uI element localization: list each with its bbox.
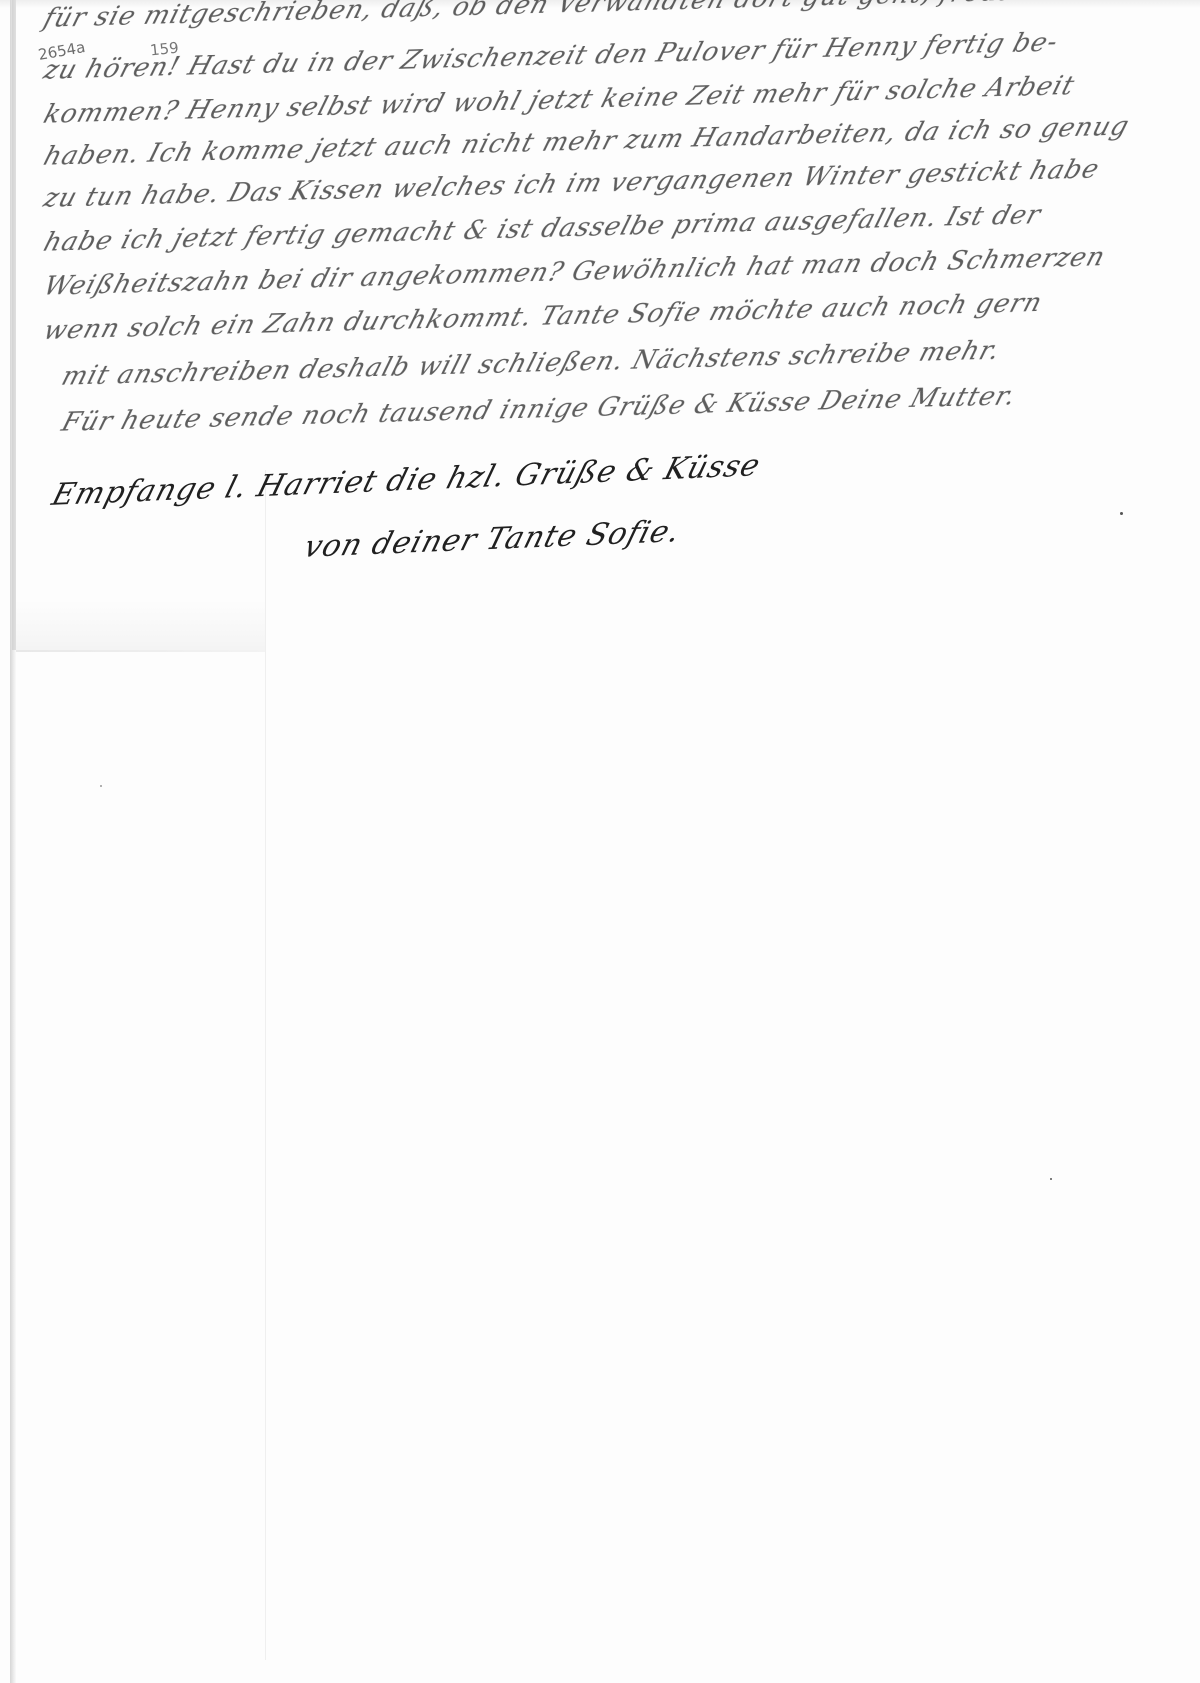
ink-speck bbox=[1050, 1178, 1052, 1180]
fold-shade bbox=[16, 600, 266, 650]
ink-speck bbox=[100, 785, 102, 787]
closing-line: Empfange l. Harriet die hzl. Grüße & Küs… bbox=[48, 448, 765, 513]
body-line: mit anschreiben deshalb will schließen. … bbox=[58, 336, 1004, 392]
closing-line: von deiner Tante Sofie. bbox=[300, 514, 685, 565]
fold-line-vertical bbox=[265, 470, 266, 1660]
body-line: Für heute sende noch tausend innige Grüß… bbox=[58, 381, 1020, 438]
ink-speck bbox=[1120, 512, 1123, 515]
fold-line-horizontal bbox=[16, 650, 266, 652]
letter-page: 2654a 159 für sie mitgeschrieben, daß, o… bbox=[0, 0, 1200, 1683]
page-left-edge-fold bbox=[12, 0, 16, 650]
body-line: für sie mitgeschrieben, daß, ob den Verw… bbox=[40, 0, 1074, 34]
